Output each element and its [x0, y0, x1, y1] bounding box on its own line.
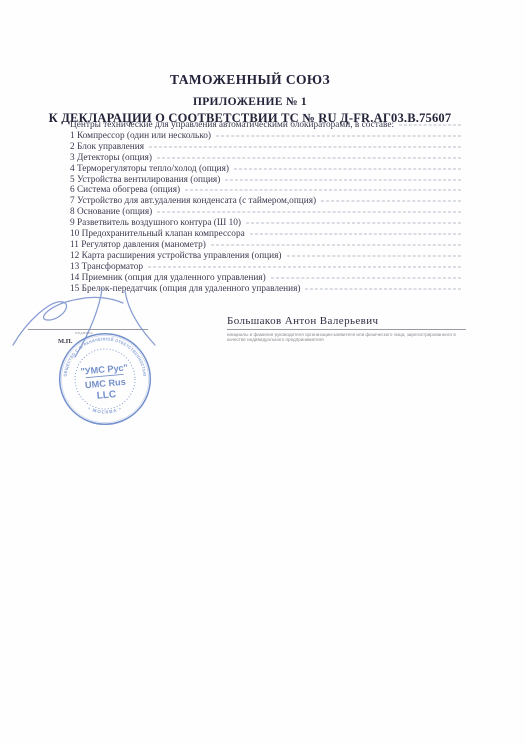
dashed-rule: [157, 157, 461, 158]
dashed-rule: [211, 244, 461, 245]
dashed-rule: [271, 277, 461, 278]
dashed-rule: [399, 125, 461, 126]
list-item: 6 Система обогрева (опция): [70, 185, 462, 196]
list-item-text: 6 Система обогрева (опция): [70, 185, 180, 196]
component-list: Центры технические для управления автома…: [70, 120, 462, 295]
list-item-text: 8 Основание (опция): [70, 207, 152, 218]
list-item: 5 Устройства вентилирования (опция): [70, 175, 462, 186]
handwritten-signature: [5, 287, 175, 365]
list-item: 11 Регулятор давления (манометр): [70, 240, 462, 251]
list-item: 1 Компрессор (один или несколько): [70, 131, 462, 142]
list-item-text: 10 Предохранительный клапан компрессора: [70, 229, 245, 240]
dashed-rule: [321, 201, 461, 202]
applicant-name-block: Большаков Антон Валерьевич инициалы и фа…: [227, 315, 466, 342]
list-item: 12 Карта расширения устройства управлени…: [70, 251, 462, 262]
list-item-text: 7 Устройство для авт.удаления конденсата…: [70, 196, 316, 207]
dashed-rule: [216, 135, 461, 136]
dashed-rule: [234, 168, 461, 169]
list-item-text: 14 Приемник (опция для удаленного управл…: [70, 273, 266, 284]
header-title-appendix: ПРИЛОЖЕНИЕ № 1: [0, 96, 500, 108]
applicant-name: Большаков Антон Валерьевич: [227, 315, 466, 328]
dashed-rule: [149, 146, 461, 147]
list-item-text: 5 Устройства вентилирования (опция): [70, 175, 220, 186]
stamp-center-line3: LLC: [96, 389, 116, 402]
list-item: 14 Приемник (опция для удаленного управл…: [70, 273, 462, 284]
dashed-rule: [185, 190, 461, 191]
list-item-text: 13 Трансформатор: [70, 262, 143, 273]
list-intro-row: Центры технические для управления автома…: [70, 120, 462, 131]
document-page: ТАМОЖЕННЫЙ СОЮЗ ПРИЛОЖЕНИЕ № 1 К ДЕКЛАРА…: [0, 0, 525, 745]
stamp-ring-bottom-text: • МОСКВА •: [87, 406, 122, 415]
list-item: 9 Разветвитель воздушного контура (Ш 10): [70, 218, 462, 229]
list-item-text: 11 Регулятор давления (манометр): [70, 240, 206, 251]
header-title-customs-union: ТАМОЖЕННЫЙ СОЮЗ: [0, 73, 500, 87]
dashed-rule: [287, 255, 462, 256]
dashed-rule: [250, 234, 461, 235]
name-underline: [227, 328, 466, 330]
list-item-text: 12 Карта расширения устройства управлени…: [70, 251, 282, 262]
list-item: 7 Устройство для авт.удаления конденсата…: [70, 196, 462, 207]
list-item-text: 4 Терморегуляторы тепло/холод (опция): [70, 164, 229, 175]
list-item: 10 Предохранительный клапан компрессора: [70, 229, 462, 240]
list-item: 8 Основание (опция): [70, 207, 462, 218]
list-item: 2 Блок управления: [70, 142, 462, 153]
dashed-rule: [148, 266, 461, 267]
list-item: 3 Детекторы (опция): [70, 153, 462, 164]
dashed-rule: [225, 179, 461, 180]
list-item: 13 Трансформатор: [70, 262, 462, 273]
list-item-text: 3 Детекторы (опция): [70, 153, 152, 164]
list-item-text: 2 Блок управления: [70, 142, 144, 153]
document-header: ТАМОЖЕННЫЙ СОЮЗ ПРИЛОЖЕНИЕ № 1 К ДЕКЛАРА…: [0, 73, 500, 125]
dashed-rule: [246, 223, 461, 224]
list-item-text: 1 Компрессор (один или несколько): [70, 131, 211, 142]
stamp-center-line2: UMC Rus: [85, 377, 127, 391]
list-intro-text: Центры технические для управления автома…: [70, 120, 394, 131]
dashed-rule: [157, 212, 461, 213]
name-footnote: инициалы и фамилия руководителя организа…: [227, 332, 465, 343]
dashed-rule: [305, 288, 461, 289]
list-item-text: 9 Разветвитель воздушного контура (Ш 10): [70, 218, 241, 229]
list-item: 4 Терморегуляторы тепло/холод (опция): [70, 164, 462, 175]
stamp-center-group: "УМС Рус" UMC Rus LLC: [80, 362, 130, 402]
list-items: 1 Компрессор (один или несколько) 2 Блок…: [70, 131, 462, 295]
